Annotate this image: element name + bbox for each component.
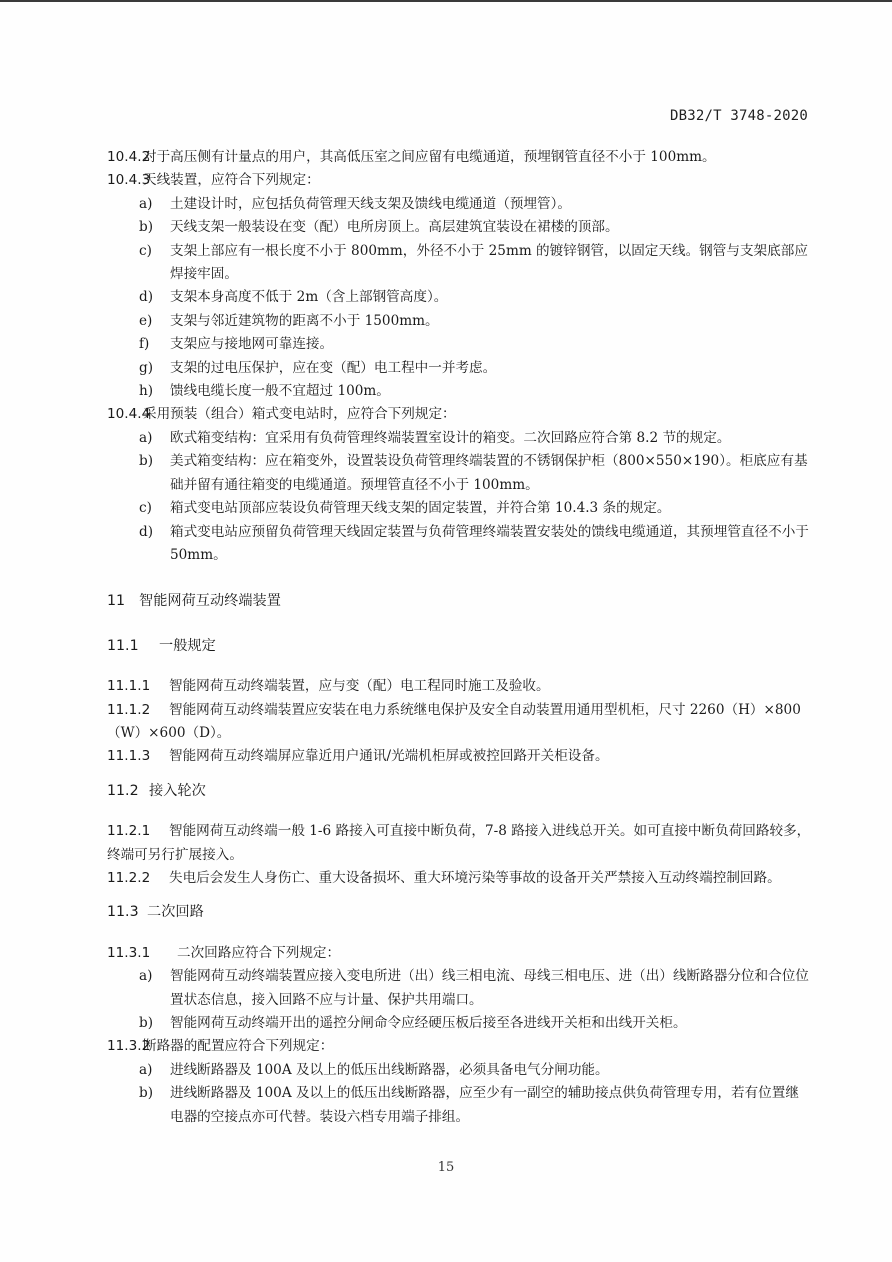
clause-11-2-1: 11.2.1智能网荷互动终端一般 1-6 路接入可直接中断负荷，7-8 路接入进… [107, 820, 812, 867]
clause-11-3-1: 11.3.1二次回路应符合下列规定： [107, 942, 812, 965]
clause-text: 采用预装（组合）箱式变电站时，应符合下列规定： [143, 406, 456, 422]
clause-10-4-4: 10.4.4 采用预装（组合）箱式变电站时，应符合下列规定： [107, 403, 812, 426]
clause-11-1-1: 11.1.1 智能网荷互动终端装置，应与变（配）电工程同时施工及验收。 [107, 675, 812, 698]
list-item: c)箱式变电站顶部应装设负荷管理天线支架的固定装置，并符合第 10.4.3 条的… [107, 497, 812, 520]
clause-text: 智能网荷互动终端装置应安装在电力系统继电保护及安全自动装置用通用型机柜，尺寸 2… [107, 702, 801, 741]
item-text: 箱式变电站应预留负荷管理天线固定装置与负荷管理终端装置安装处的馈线电缆通道，其预… [170, 524, 809, 563]
item-letter: g) [139, 357, 153, 380]
section-heading-11-3: 11.3二次回路 [107, 901, 812, 924]
list-item: a)土建设计时，应包括负荷管理天线支架及馈线电缆通道（预埋管）。 [107, 193, 812, 216]
clause-number: 11.1.3 [107, 745, 150, 768]
section-heading-11-1: 11.1一般规定 [107, 635, 812, 658]
section-heading-11-2: 11.2接入轮次 [107, 780, 812, 803]
clause-11-1-2: 11.1.2智能网荷互动终端装置应安装在电力系统继电保护及安全自动装置用通用型机… [107, 699, 812, 746]
clause-text: 智能网荷互动终端装置，应与变（配）电工程同时施工及验收。 [169, 678, 550, 694]
chapter-heading: 11智能网荷互动终端装置 [107, 590, 812, 613]
clause-number: 11.3.1 [107, 942, 177, 965]
clause-number: 11.2.2 [107, 867, 169, 890]
list-item: b)进线断路器及 100A 及以上的低压出线断路器，应至少有一副空的辅助接点供负… [107, 1082, 812, 1129]
clause-text: 天线装置，应符合下列规定： [143, 172, 320, 188]
item-letter: c) [139, 240, 152, 263]
clause-number: 10.4.4 [107, 403, 150, 426]
clause-number: 11.1.1 [107, 675, 150, 698]
item-text: 欧式箱变结构：宜采用有负荷管理终端装置室设计的箱变。二次回路应符合第 8.2 节… [170, 430, 730, 446]
item-letter: b) [139, 1012, 153, 1035]
item-letter: b) [139, 1082, 153, 1105]
clause-text: 失电后会发生人身伤亡、重大设备损坏、重大环境污染等事故的设备开关严禁接入互动终端… [169, 870, 781, 886]
item-text: 天线支架一般装设在变（配）电所房顶上。高层建筑宜装设在裙楼的顶部。 [170, 219, 619, 235]
clause-text: 智能网荷互动终端屏应靠近用户通讯/光端机柜屏或被控回路开关柜设备。 [169, 748, 609, 764]
item-letter: a) [139, 1059, 152, 1082]
clause-number: 11.1.2 [107, 699, 169, 722]
section-number: 11.2 [107, 780, 149, 803]
list-item: b)天线支架一般装设在变（配）电所房顶上。高层建筑宜装设在裙楼的顶部。 [107, 216, 812, 239]
item-letter: d) [139, 286, 153, 309]
item-letter: a) [139, 193, 152, 216]
clause-10-4-2: 10.4.2 对于高压侧有计量点的用户，其高低压室之间应留有电缆通道，预埋钢管直… [107, 146, 812, 169]
list-item: d)支架本身高度不低于 2m（含上部钢管高度）。 [107, 286, 812, 309]
item-letter: a) [139, 965, 152, 988]
item-letter: c) [139, 497, 152, 520]
clause-number: 11.2.1 [107, 820, 169, 843]
chapter-title: 智能网荷互动终端装置 [139, 593, 281, 609]
item-letter: b) [139, 450, 153, 473]
section-number: 11.3 [107, 901, 147, 924]
list-item: d)箱式变电站应预留负荷管理天线固定装置与负荷管理终端装置安装处的馈线电缆通道，… [107, 521, 812, 568]
list-item: e)支架与邻近建筑物的距离不小于 1500mm。 [107, 310, 812, 333]
clause-number: 10.4.3 [107, 169, 150, 192]
clause-text: 断路器的配置应符合下列规定： [143, 1038, 333, 1054]
clause-11-3-2: 11.3.2 断路器的配置应符合下列规定： [107, 1035, 812, 1058]
item-text: 支架的过电压保护，应在变（配）电工程中一并考虑。 [170, 360, 496, 376]
item-text: 进线断路器及 100A 及以上的低压出线断路器，必须具备电气分闸功能。 [170, 1062, 609, 1078]
item-letter: e) [139, 310, 152, 333]
item-letter: h) [139, 380, 153, 403]
list-item: b)美式箱变结构：应在箱变外，设置装设负荷管理终端装置的不锈钢保护柜（800×5… [107, 450, 812, 497]
list-item: h)馈线电缆长度一般不宜超过 100m。 [107, 380, 812, 403]
item-text: 馈线电缆长度一般不宜超过 100m。 [170, 383, 390, 399]
list-item: a)进线断路器及 100A 及以上的低压出线断路器，必须具备电气分闸功能。 [107, 1059, 812, 1082]
clause-11-2-2: 11.2.2失电后会发生人身伤亡、重大设备损坏、重大环境污染等事故的设备开关严禁… [107, 867, 812, 890]
item-letter: f) [139, 333, 149, 356]
clause-text: 智能网荷互动终端一般 1-6 路接入可直接中断负荷，7-8 路接入进线总开关。如… [107, 823, 810, 862]
standard-code: DB32/T 3748-2020 [670, 108, 808, 124]
clause-text: 二次回路应符合下列规定： [177, 945, 340, 961]
item-text: 箱式变电站顶部应装设负荷管理天线支架的固定装置，并符合第 10.4.3 条的规定… [170, 500, 670, 516]
list-item: f)支架应与接地网可靠连接。 [107, 333, 812, 356]
item-text: 智能网荷互动终端开出的遥控分闸命令应经硬压板后接至各进线开关柜和出线开关柜。 [170, 1015, 687, 1031]
clause-11-1-3: 11.1.3 智能网荷互动终端屏应靠近用户通讯/光端机柜屏或被控回路开关柜设备。 [107, 745, 812, 768]
item-text: 支架本身高度不低于 2m（含上部钢管高度）。 [170, 289, 447, 305]
item-text: 支架应与接地网可靠连接。 [170, 336, 333, 352]
clause-text: 对于高压侧有计量点的用户，其高低压室之间应留有电缆通道，预埋钢管直径不小于 10… [143, 149, 716, 165]
section-title: 接入轮次 [149, 783, 206, 799]
item-letter: d) [139, 521, 153, 544]
item-text: 进线断路器及 100A 及以上的低压出线断路器，应至少有一副空的辅助接点供负荷管… [170, 1085, 799, 1124]
item-text: 智能网荷互动终端装置应接入变电所进（出）线三相电流、母线三相电压、进（出）线断路… [170, 968, 809, 1007]
section-title: 一般规定 [159, 638, 216, 654]
clause-number: 10.4.2 [107, 146, 150, 169]
item-text: 支架上部应有一根长度不小于 800mm，外径不小于 25mm 的镀锌钢管，以固定… [170, 243, 808, 282]
clause-10-4-3: 10.4.3 天线装置，应符合下列规定： [107, 169, 812, 192]
section-title: 二次回路 [147, 904, 204, 920]
list-item: a)欧式箱变结构：宜采用有负荷管理终端装置室设计的箱变。二次回路应符合第 8.2… [107, 427, 812, 450]
page-top-border [0, 0, 892, 2]
section-number: 11.1 [107, 635, 159, 658]
list-item: g)支架的过电压保护，应在变（配）电工程中一并考虑。 [107, 357, 812, 380]
list-item: a)智能网荷互动终端装置应接入变电所进（出）线三相电流、母线三相电压、进（出）线… [107, 965, 812, 1012]
item-text: 土建设计时，应包括负荷管理天线支架及馈线电缆通道（预埋管）。 [170, 196, 571, 212]
document-body: 10.4.2 对于高压侧有计量点的用户，其高低压室之间应留有电缆通道，预埋钢管直… [107, 146, 812, 1129]
item-text: 美式箱变结构：应在箱变外，设置装设负荷管理终端装置的不锈钢保护柜（800×550… [170, 453, 808, 492]
list-item: b)智能网荷互动终端开出的遥控分闸命令应经硬压板后接至各进线开关柜和出线开关柜。 [107, 1012, 812, 1035]
chapter-number: 11 [107, 590, 139, 613]
list-item: c)支架上部应有一根长度不小于 800mm，外径不小于 25mm 的镀锌钢管，以… [107, 240, 812, 287]
page-number: 15 [0, 1160, 892, 1175]
item-letter: b) [139, 216, 153, 239]
item-letter: a) [139, 427, 152, 450]
clause-number: 11.3.2 [107, 1035, 150, 1058]
item-text: 支架与邻近建筑物的距离不小于 1500mm。 [170, 313, 439, 329]
